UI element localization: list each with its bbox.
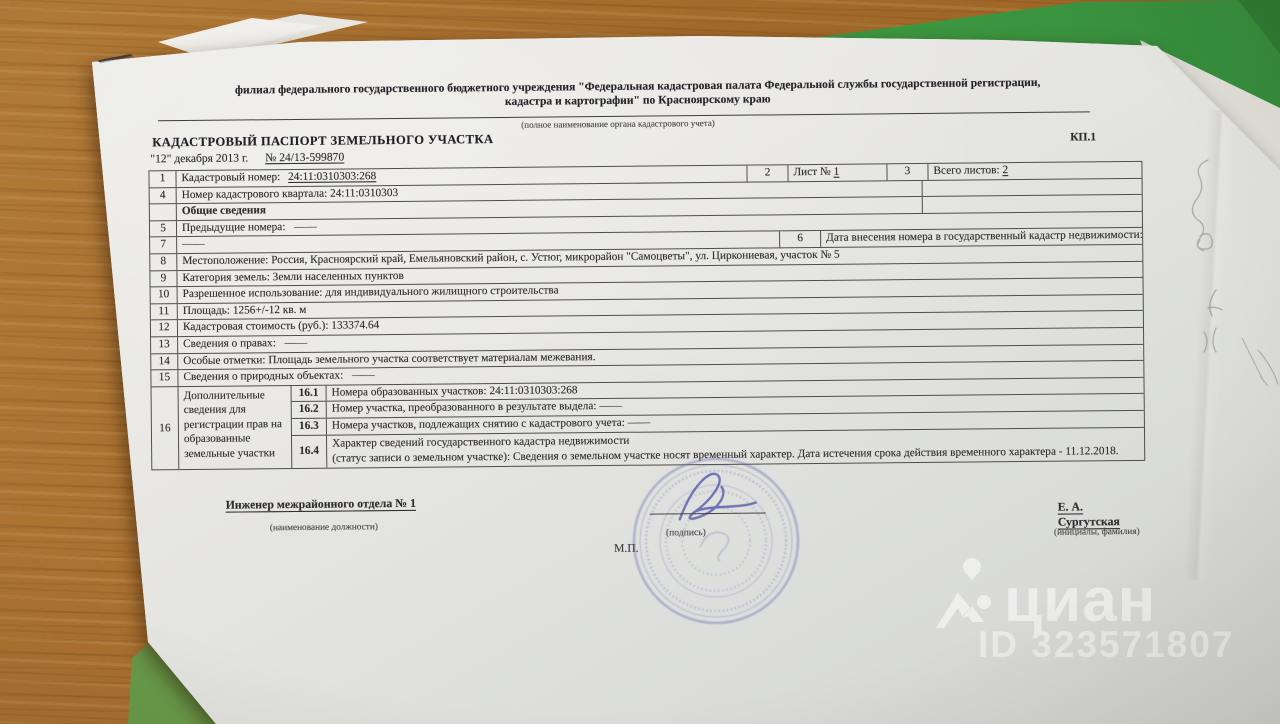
row-number: 12 xyxy=(151,320,177,336)
subrow-number: 16.2 xyxy=(292,402,326,418)
subrow-number: 16.3 xyxy=(292,419,326,435)
signer-name-caption: (инициалы, фамилия) xyxy=(1054,527,1140,538)
cadastral-table: 1 Кадастровый номер: 24:11:0310303:268 2… xyxy=(148,161,1145,470)
total-sheets-value: 2 xyxy=(1002,164,1008,176)
col-number-6: 6 xyxy=(779,231,820,247)
row-number: 9 xyxy=(150,271,176,287)
row-number: 15 xyxy=(151,370,177,386)
subrow-number: 16.1 xyxy=(292,385,326,401)
position-caption: (наименование должности) xyxy=(270,522,378,533)
date-value: "12" декабря 2013 г. xyxy=(150,151,248,165)
row-number: 1 xyxy=(149,171,175,187)
signature-caption: (подпись) xyxy=(666,527,706,538)
row-number: 11 xyxy=(151,304,177,320)
row-number: 5 xyxy=(150,221,176,237)
empty-cell xyxy=(922,178,1142,196)
document-title: КАДАСТРОВЫЙ ПАСПОРТ ЗЕМЕЛЬНОГО УЧАСТКА xyxy=(152,132,493,150)
form-code: КП.1 xyxy=(1070,131,1096,143)
seal-place-label: М.П. xyxy=(614,542,639,555)
cadastral-number-value: 24:11:0310303:268 xyxy=(288,170,376,183)
row-number: 8 xyxy=(150,254,176,270)
document-number: № 24/13-599870 xyxy=(265,151,344,165)
sheet-label: Лист № xyxy=(793,166,830,178)
cadastral-number-label: Кадастровый номер: xyxy=(181,171,280,184)
sheet-value: 1 xyxy=(834,166,840,178)
watermark-brand: циан xyxy=(1004,572,1156,630)
sheet-cell: Лист № 1 xyxy=(787,164,886,181)
signer-name: Е. А. Сургутская xyxy=(1058,499,1146,530)
cian-logo-icon xyxy=(932,556,994,630)
additional-info-label: Дополнительные сведения для регистрации … xyxy=(178,386,292,469)
rights-info-label: Сведения о правах: xyxy=(183,337,276,350)
col-number-3: 3 xyxy=(886,164,927,180)
entry-date-cell: Дата внесения номера в государственный к… xyxy=(820,228,1142,247)
document-date: "12" декабря 2013 г. № 24/13-599870 xyxy=(150,151,344,166)
row-number: 13 xyxy=(151,337,177,353)
natural-objects-label: Сведения о природных объектах: xyxy=(183,370,343,384)
watermark-photo-id: ID 323571807 xyxy=(978,624,1234,666)
org-caption: (полное наименование органа кадастрового… xyxy=(388,117,848,131)
position-title: Инженер межрайонного отдела № 1 xyxy=(226,496,416,513)
watermark: циан ID 323571807 xyxy=(932,556,1234,666)
total-sheets-label: Всего листов: xyxy=(933,164,999,177)
document-content: филиал федерального государственного бюд… xyxy=(148,75,1147,625)
dash-value: —— xyxy=(294,221,317,233)
org-name: филиал федерального государственного бюд… xyxy=(162,75,1114,111)
empty-cell xyxy=(922,195,1142,213)
row-number-empty xyxy=(150,204,176,220)
signature-ink xyxy=(651,466,782,527)
previous-numbers-label: Предыдущие номера: xyxy=(182,221,286,234)
pencil-mark xyxy=(1230,330,1280,390)
row-number: 16 xyxy=(152,387,179,469)
photo-of-cadastral-passport: филиал федерального государственного бюд… xyxy=(0,0,1280,724)
subrow-number: 16.4 xyxy=(292,435,326,468)
total-sheets-cell: Всего листов: 2 xyxy=(927,162,1141,180)
row-number: 7 xyxy=(150,237,176,253)
row-number: 10 xyxy=(151,287,177,303)
row-number: 4 xyxy=(150,188,176,204)
col-number-2: 2 xyxy=(746,165,787,181)
dash-value: —— xyxy=(285,337,308,349)
row-number: 14 xyxy=(151,354,177,370)
dash-value: —— xyxy=(352,369,375,381)
